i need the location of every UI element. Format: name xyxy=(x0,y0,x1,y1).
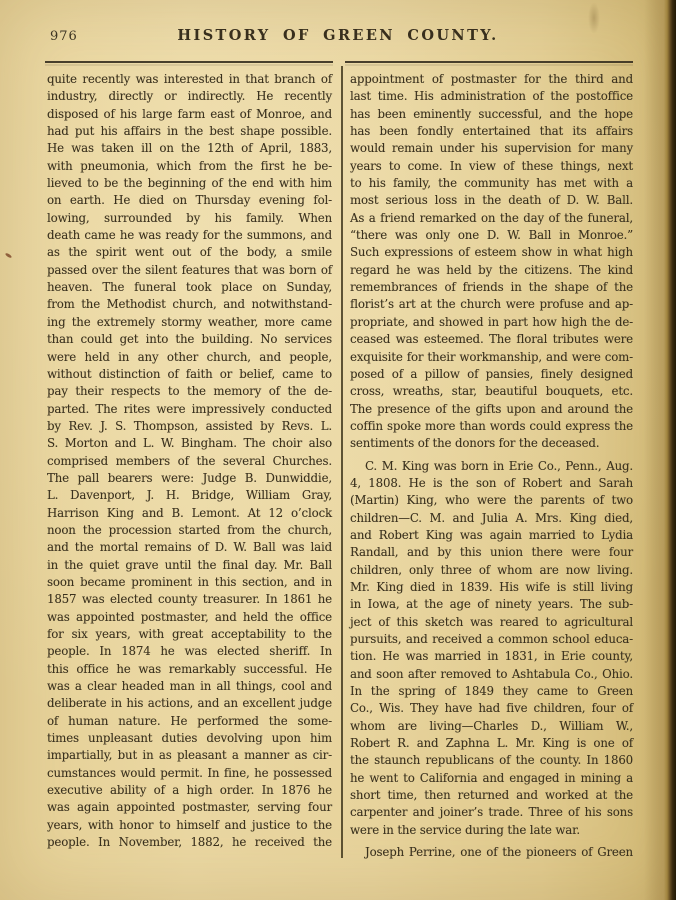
text-line: deliberate in his actions, and an excell… xyxy=(47,695,332,712)
text-line: He was taken ill on the 12th of April, 1… xyxy=(47,140,332,157)
text-line: In the spring of 1849 they came to Green xyxy=(350,683,633,700)
text-line: last time. His administration of the pos… xyxy=(350,88,633,105)
text-line: most serious loss in the death of D. W. … xyxy=(350,192,633,209)
text-line: in the quiet grave until the final day. … xyxy=(47,557,332,574)
text-line: disposed of his large farm east of Monro… xyxy=(47,106,332,123)
header-rule-right xyxy=(345,61,633,63)
text-line: for six years, with great acceptability … xyxy=(47,626,332,643)
column-divider xyxy=(341,66,343,858)
text-line: was a clear headed man in all things, co… xyxy=(47,678,332,695)
text-line: cross, wreaths, star, beautiful bouquets… xyxy=(350,383,633,400)
text-line: with pneumonia, which from the first he … xyxy=(47,158,332,175)
paragraph: quite recently was interested in that br… xyxy=(47,71,332,851)
text-line: and the mortal remains of D. W. Ball was… xyxy=(47,539,332,556)
text-line: lieved to be the beginning of the end wi… xyxy=(47,175,332,192)
text-line: and soon after removed to Ashtabula Co.,… xyxy=(350,666,633,683)
right-column: appointment of postmaster for the third … xyxy=(350,71,633,861)
text-line: noon the procession started from the chu… xyxy=(47,522,332,539)
page-header: 976 HISTORY OF GREEN COUNTY. xyxy=(0,27,676,49)
text-line: children, only three of whom are now liv… xyxy=(350,562,633,579)
text-line: Randall, and by this union there were fo… xyxy=(350,544,633,561)
header-rule-left xyxy=(45,61,333,63)
text-line: Harrison King and B. Lemont. At 12 o’clo… xyxy=(47,505,332,522)
text-line: Mr. King died in 1839. His wife is still… xyxy=(350,579,633,596)
text-line: ject of this sketch was reared to agricu… xyxy=(350,614,633,631)
text-line: 1857 was elected county treasurer. In 18… xyxy=(47,591,332,608)
text-line: were in the service during the late war. xyxy=(350,822,633,839)
text-line: has been fondly entertained that its aff… xyxy=(350,123,633,140)
text-line: 4, 1808. He is the son of Robert and Sar… xyxy=(350,475,633,492)
text-line: C. M. King was born in Erie Co., Penn., … xyxy=(350,458,633,475)
text-line: was appointed postmaster, and held the o… xyxy=(47,609,332,626)
text-line: posed of a pillow of pansies, finely des… xyxy=(350,366,633,383)
text-line: people. In November, 1882, he received t… xyxy=(47,834,332,851)
text-line: pay their respects to the memory of the … xyxy=(47,383,332,400)
text-line: carpenter and joiner’s trade. Three of h… xyxy=(350,804,633,821)
text-line: to his family, the community has met wit… xyxy=(350,175,633,192)
text-line: he went to California and engaged in min… xyxy=(350,770,633,787)
paragraph: Joseph Perrine, one of the pioneers of G… xyxy=(350,844,633,861)
text-line: As a friend remarked on the day of the f… xyxy=(350,210,633,227)
text-line: pursuits, and received a common school e… xyxy=(350,631,633,648)
text-line: The pall bearers were: Judge B. Dunwiddi… xyxy=(47,470,332,487)
text-line: of human nature. He performed the some- xyxy=(47,713,332,730)
text-line: (Martin) King, who were the parents of t… xyxy=(350,492,633,509)
text-line: from the Methodist church, and notwithst… xyxy=(47,296,332,313)
text-line: as the spirit went out of the body, a sm… xyxy=(47,244,332,261)
text-line: soon became prominent in this section, a… xyxy=(47,574,332,591)
text-line: tion. He was married in 1831, in Erie co… xyxy=(350,648,633,665)
text-line: The presence of the gifts upon and aroun… xyxy=(350,401,633,418)
text-line: Co., Wis. They have had five children, f… xyxy=(350,700,633,717)
paragraph: appointment of postmaster for the third … xyxy=(350,71,633,453)
paragraph: C. M. King was born in Erie Co., Penn., … xyxy=(350,458,633,840)
text-line: and Robert King was again married to Lyd… xyxy=(350,527,633,544)
left-column: quite recently was interested in that br… xyxy=(47,71,332,851)
text-line: impartially, but in as pleasant a manner… xyxy=(47,747,332,764)
text-line: times unpleasant duties devolving upon h… xyxy=(47,730,332,747)
text-line: lowing, surrounded by his family. When xyxy=(47,210,332,227)
text-line: short time, then returned and worked at … xyxy=(350,787,633,804)
text-line: remembrances of friends in the shape of … xyxy=(350,279,633,296)
book-page: 976 HISTORY OF GREEN COUNTY. quite recen… xyxy=(0,0,676,900)
text-line: were held in any other church, and peopl… xyxy=(47,349,332,366)
text-line: the staunch republicans of the county. I… xyxy=(350,752,633,769)
text-line: quite recently was interested in that br… xyxy=(47,71,332,88)
text-line: was again appointed postmaster, serving … xyxy=(47,799,332,816)
text-line: propriate, and showed in part how high t… xyxy=(350,314,633,331)
ink-speck xyxy=(5,252,12,259)
text-line: in Iowa, at the age of ninety years. The… xyxy=(350,596,633,613)
text-line: had put his affairs in the best shape po… xyxy=(47,123,332,140)
text-line: by Rev. J. S. Thompson, assisted by Revs… xyxy=(47,418,332,435)
text-line: ceased was esteemed. The floral tributes… xyxy=(350,331,633,348)
binding-shadow xyxy=(644,0,676,900)
text-line: appointment of postmaster for the third … xyxy=(350,71,633,88)
text-line: Such expressions of esteem show in what … xyxy=(350,244,633,261)
text-line: years to come. In view of these things, … xyxy=(350,158,633,175)
text-line: has been eminently successful, and the h… xyxy=(350,106,633,123)
text-line: heaven. The funeral took place on Sunday… xyxy=(47,279,332,296)
text-line: on earth. He died on Thursday evening fo… xyxy=(47,192,332,209)
text-line: Robert R. and Zaphna L. Mr. King is one … xyxy=(350,735,633,752)
text-line: comprised members of the several Churche… xyxy=(47,453,332,470)
text-line: ing the extremely stormy weather, more c… xyxy=(47,314,332,331)
text-line: whom are living—Charles D., William W., xyxy=(350,718,633,735)
text-line: sentiments of the donors for the decease… xyxy=(350,435,633,452)
text-line: S. Morton and L. W. Bingham. The choir a… xyxy=(47,435,332,452)
text-line: executive ability of a high order. In 18… xyxy=(47,782,332,799)
text-line: than could get into the building. No ser… xyxy=(47,331,332,348)
text-line: parted. The rites were impressively cond… xyxy=(47,401,332,418)
text-line: Joseph Perrine, one of the pioneers of G… xyxy=(350,844,633,861)
text-line: would remain under his supervision for m… xyxy=(350,140,633,157)
text-line: regard he was held by the citizens. The … xyxy=(350,262,633,279)
page-title: HISTORY OF GREEN COUNTY. xyxy=(60,27,616,44)
text-line: people. In 1874 he was elected sheriff. … xyxy=(47,643,332,660)
text-line: florist’s art at the church were profuse… xyxy=(350,296,633,313)
text-line: “there was only one D. W. Ball in Monroe… xyxy=(350,227,633,244)
text-line: this office he was remarkably successful… xyxy=(47,661,332,678)
text-line: exquisite for their workmanship, and wer… xyxy=(350,349,633,366)
text-line: coffin spoke more than words could expre… xyxy=(350,418,633,435)
text-line: cumstances would permit. In fine, he pos… xyxy=(47,765,332,782)
text-line: L. Davenport, J. H. Bridge, William Gray… xyxy=(47,487,332,504)
text-line: years, with honor to himself and justice… xyxy=(47,817,332,834)
text-line: passed over the silent features that was… xyxy=(47,262,332,279)
text-line: death came he was ready for the summons,… xyxy=(47,227,332,244)
text-line: children—C. M. and Julia A. Mrs. King di… xyxy=(350,510,633,527)
text-line: without distinction of faith or belief, … xyxy=(47,366,332,383)
text-line: industry, directly or indirectly. He rec… xyxy=(47,88,332,105)
